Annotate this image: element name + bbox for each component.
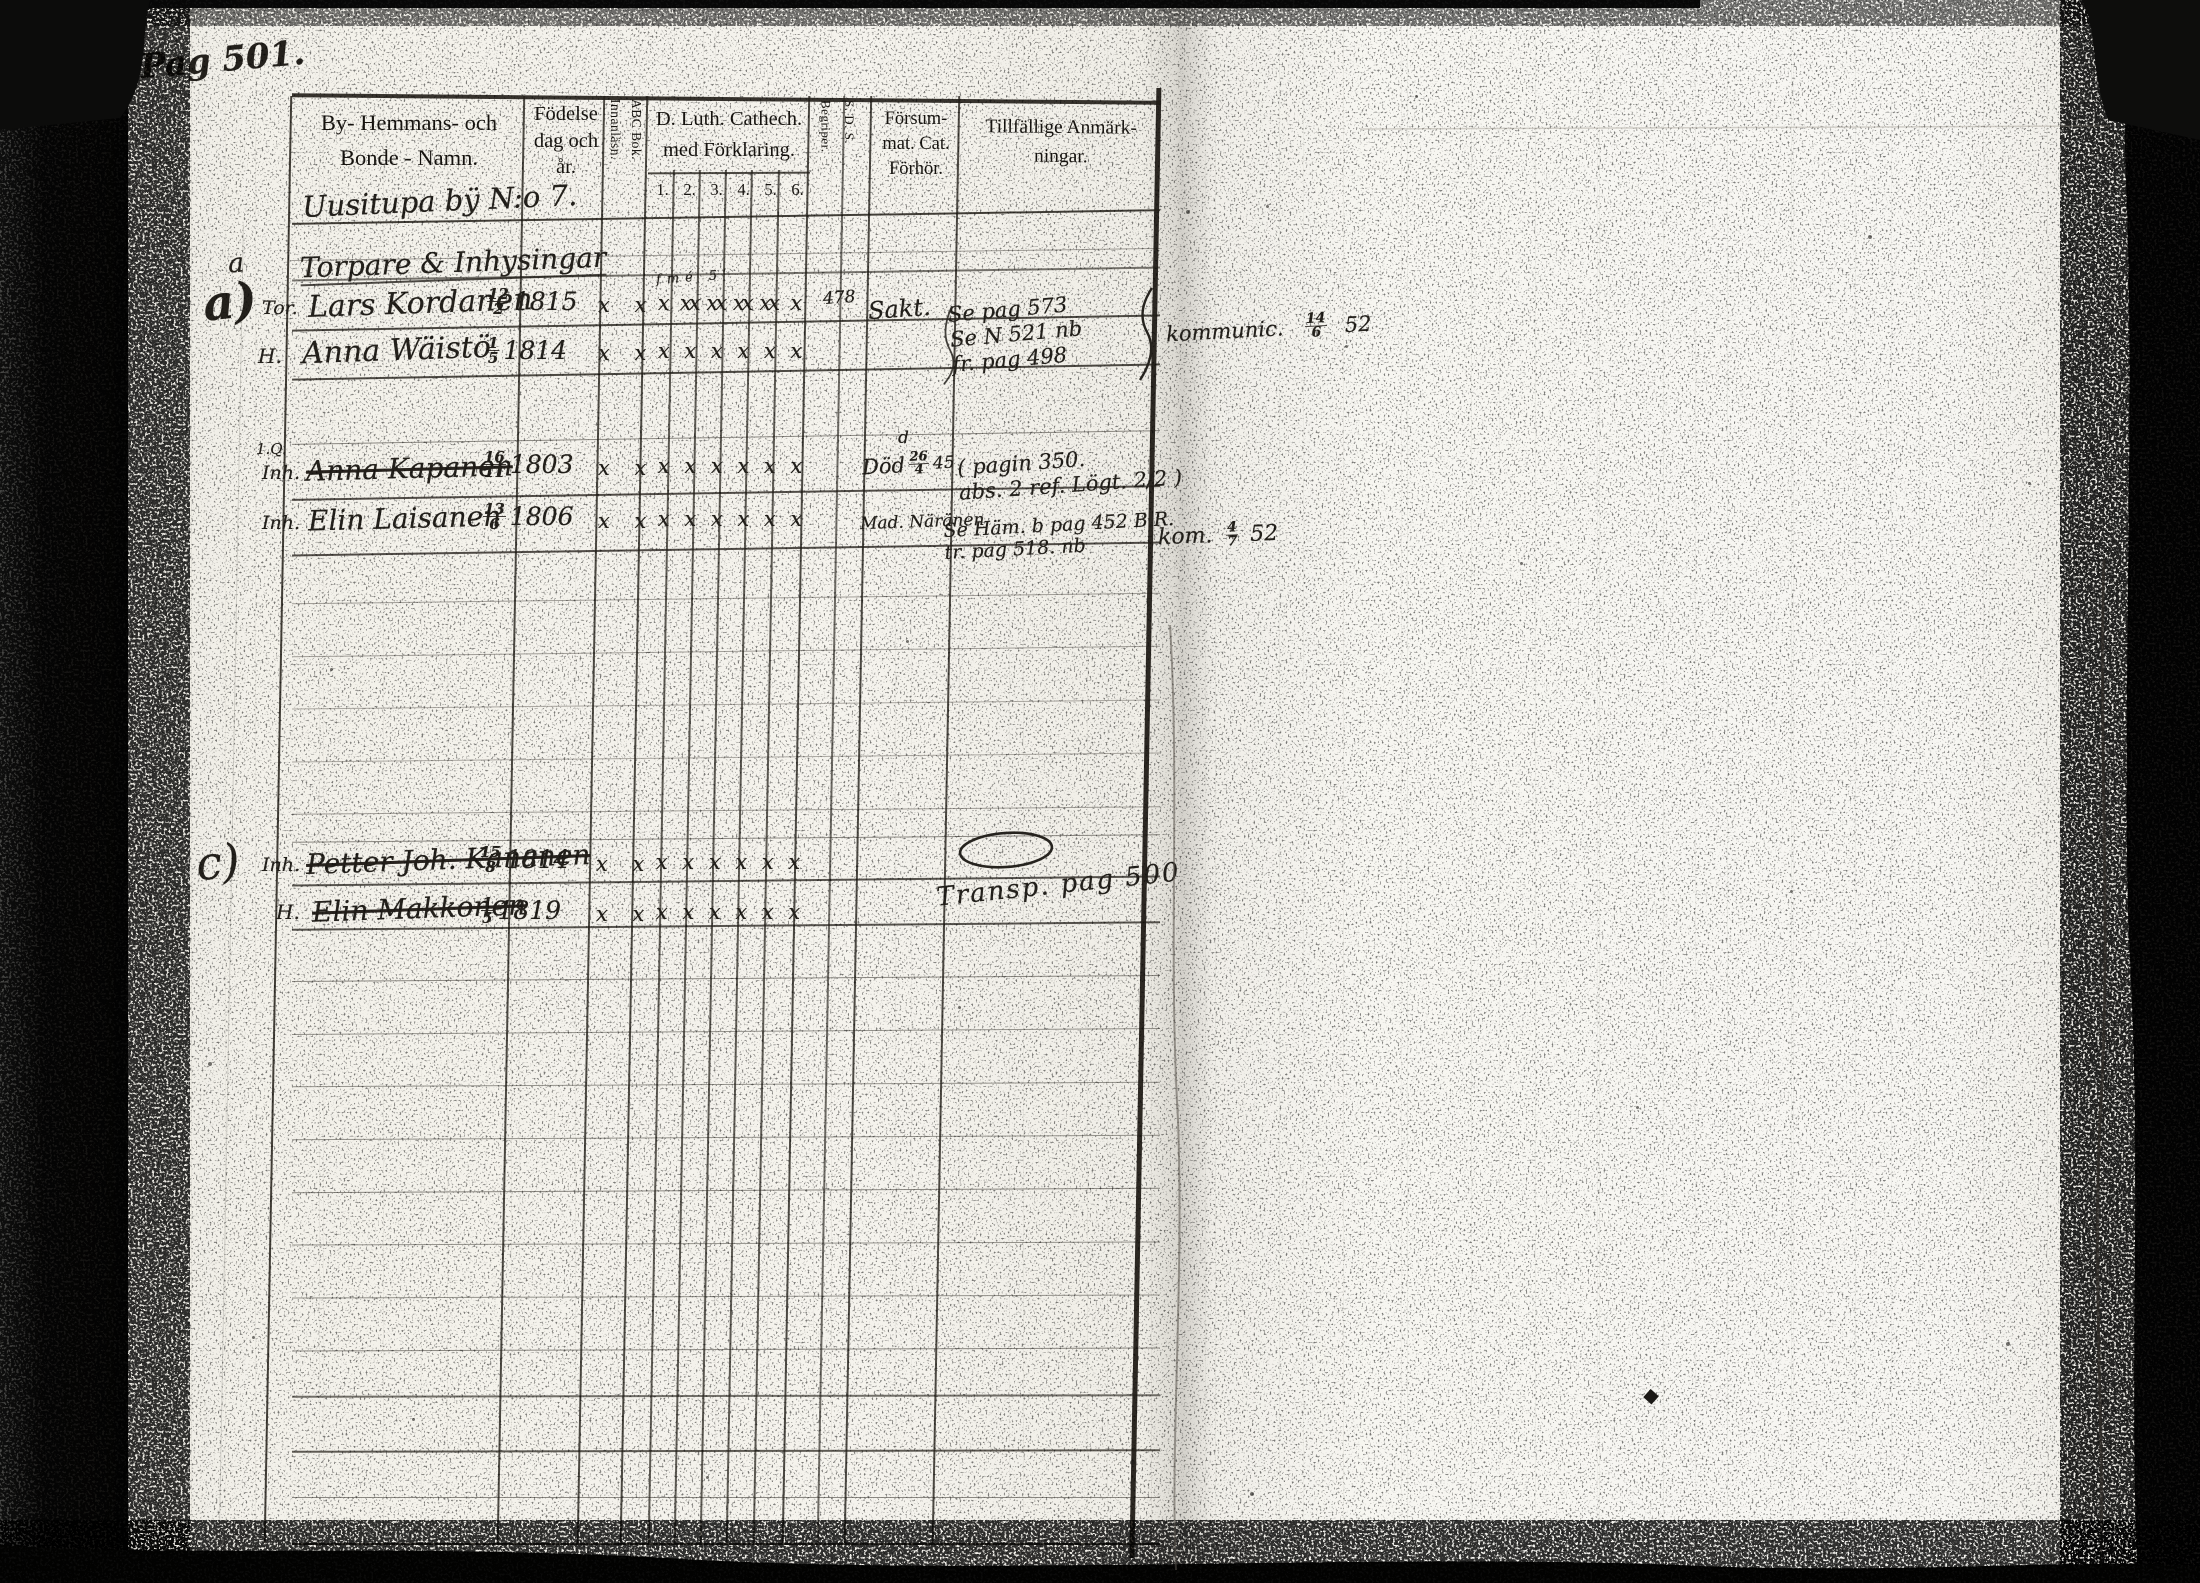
row5-birthdate: 158 1814 <box>479 845 570 875</box>
ink-speck <box>1868 235 1872 239</box>
row4-abc-marks: x x <box>598 509 655 533</box>
header-cat-line2: med Förklaring. <box>650 135 808 166</box>
cell-value: 3. <box>703 180 730 200</box>
margin-note-communion-2: kom. 47 52 <box>1158 520 1279 552</box>
header-birth-line2: dag och <box>528 128 604 155</box>
birth-month: 5 <box>487 351 499 365</box>
header-sds-line1: S. D. S. <box>837 100 860 220</box>
row5-name-prefix: Inh. <box>262 854 300 876</box>
table-rule-horizontal <box>292 593 1160 605</box>
birth-month: 8 <box>479 860 502 874</box>
row4-birthdate: 136 1806 <box>483 502 574 532</box>
header-fors-line2: mat. Cat. <box>874 132 958 157</box>
cell-value: x <box>649 339 676 363</box>
cell-value: x <box>674 900 701 924</box>
cell-value: x <box>753 850 780 874</box>
cell-value: x <box>727 900 754 924</box>
table-rule-horizontal <box>292 1347 1160 1351</box>
cell-value: x <box>647 900 674 924</box>
note-month: 7 <box>1226 536 1238 550</box>
cell-value: 1. <box>649 180 676 200</box>
cell-value: x <box>755 339 782 363</box>
table-rule-horizontal <box>292 646 1160 658</box>
row6-name-prefix: H. <box>276 900 300 924</box>
table-rule-horizontal <box>292 1188 1160 1194</box>
ink-speck <box>906 640 909 643</box>
row1-sds-value: 478 <box>822 287 856 309</box>
scanned-church-record-page: Pag 501. By- Hemmans- och Bonde - Namn. … <box>0 0 2200 1583</box>
row3-catechism-marks: xxxxxx <box>649 454 808 478</box>
cell-value: x <box>674 850 701 874</box>
row2-name: Anna Wäistö <box>301 330 491 372</box>
table-rule-horizontal <box>292 1449 1160 1452</box>
table-rule-horizontal <box>292 1497 1160 1498</box>
birth-month: 2 <box>487 302 510 316</box>
cell-value: x <box>676 454 703 478</box>
cell-value: x <box>676 339 703 363</box>
cell-value: x <box>753 900 780 924</box>
birth-year: 1819 <box>497 896 561 925</box>
row6-abc-marks: x x <box>596 902 653 926</box>
header-name-column: By- Hemmans- och Bonde - Namn. <box>300 106 518 176</box>
row2-birthdate: 15 1814 <box>487 336 567 366</box>
row6-birthdate: 15 1819 <box>481 896 561 926</box>
row6-catechism-marks: xxxxxx <box>647 900 806 924</box>
birth-year: 1814 <box>506 845 570 874</box>
cell-value: x <box>700 900 727 924</box>
cell-value: x <box>782 454 809 478</box>
cell-value: x <box>649 507 676 531</box>
birth-month: 5 <box>481 911 493 925</box>
cell-value: x <box>729 339 756 363</box>
row3-missed-note: Död 264 45 <box>861 450 955 481</box>
row3-missed-superscript: d <box>898 428 909 448</box>
table-rule-horizontal <box>292 699 1160 709</box>
cell-value: xx <box>755 291 782 315</box>
row2-name-prefix: H. <box>258 344 282 368</box>
ink-speck <box>1415 95 1418 98</box>
header-catechism-column: D. Luth. Cathech. med Förklaring. <box>650 104 808 166</box>
header-abc-column: ABC Bok. Innanläsn. <box>604 99 646 219</box>
row5-margin-letter: c) <box>193 833 242 891</box>
table-rule-horizontal <box>292 1135 1160 1141</box>
row1-birthdate: 122 1815 <box>487 287 578 317</box>
table-rule-horizontal <box>292 752 1160 762</box>
header-birth-column: Födelse dag och år. <box>528 101 604 181</box>
cell-value: x <box>727 850 754 874</box>
header-cat-line1: D. Luth. Cathech. <box>650 104 808 135</box>
cell-value: x <box>729 507 756 531</box>
row3-name: Anna Kapanen <box>306 449 514 487</box>
table-rule-horizontal <box>292 1294 1160 1298</box>
row1-abc-marks: x x <box>598 293 655 317</box>
row3-abc-marks: x x <box>598 456 655 480</box>
ink-speck <box>330 668 333 671</box>
header-remarks-line1: Tillfällige Anmärk- <box>966 112 1156 143</box>
table-rule-horizontal <box>292 430 1160 445</box>
row3-above-note: 1.Q. <box>256 440 287 458</box>
header-abc-line1: ABC Bok. <box>625 99 646 219</box>
row1-margin-letter: a) <box>200 271 259 332</box>
row5-catechism-marks: xxxxxx <box>647 850 806 874</box>
ink-speck <box>706 1476 709 1479</box>
note-year: 52 <box>1344 311 1372 336</box>
row1-name-prefix: Tor. <box>262 297 298 319</box>
row3-name-prefix: Inh. <box>262 462 300 484</box>
ink-speck <box>412 1418 415 1421</box>
birth-month: 6 <box>483 517 506 531</box>
note-year: 52 <box>1250 521 1279 547</box>
missed-year: 45 <box>932 452 955 473</box>
cell-value: x <box>649 291 676 315</box>
note-month: 6 <box>1305 326 1327 340</box>
row1-catechism-marks: xxxxxxxxxx <box>649 291 808 315</box>
table-rule-horizontal <box>648 172 810 175</box>
cell-value: 5. <box>757 180 784 200</box>
ink-speck <box>208 1062 212 1066</box>
ink-speck <box>2006 1342 2010 1346</box>
cell-value: x <box>647 850 674 874</box>
table-rule-horizontal <box>292 1394 1160 1397</box>
ink-speck <box>1186 210 1190 214</box>
cell-value: x <box>782 339 809 363</box>
ink-speck <box>252 1336 255 1339</box>
cell-value: 6. <box>784 180 811 200</box>
row5-abc-marks: x x <box>596 852 653 876</box>
ink-speck <box>1520 562 1523 565</box>
missed-month: 4 <box>909 464 930 477</box>
cell-value: x <box>702 507 729 531</box>
header-birth-line3: år. <box>528 154 604 181</box>
cell-value: x <box>649 454 676 478</box>
table-rule-horizontal <box>292 1543 1160 1545</box>
header-abc-line2: Innanläsn. <box>604 99 625 219</box>
cell-value: x <box>702 339 729 363</box>
note-label: kommunic. <box>1166 316 1285 346</box>
cell-value: x <box>782 507 809 531</box>
header-sds-line2: Begriper. <box>814 100 837 220</box>
ink-speck <box>1130 1460 1135 1465</box>
birth-month: 11 <box>483 465 506 479</box>
table-rule-horizontal <box>292 1082 1160 1088</box>
ink-speck <box>1790 890 1793 893</box>
table-rule-horizontal <box>292 834 1160 843</box>
row3-birthdate: 1611 1803 <box>483 450 574 480</box>
cell-value: x <box>729 454 756 478</box>
ink-speck <box>1345 345 1348 348</box>
cell-value: 2. <box>676 180 703 200</box>
header-remarks-line2: ningar. <box>966 141 1156 172</box>
cell-value: x <box>700 850 727 874</box>
cell-value: x <box>782 291 809 315</box>
cell-value: x <box>702 454 729 478</box>
header-name-line2: Bonde - Namn. <box>300 141 518 176</box>
cell-value: x <box>676 507 703 531</box>
header-fors-line3: Förhör. <box>874 157 958 182</box>
cell-value: x <box>780 900 807 924</box>
ink-speck <box>1636 1106 1639 1109</box>
table-rule-horizontal <box>292 93 1160 104</box>
cell-value: xx <box>676 291 703 315</box>
ink-speck <box>1266 205 1269 208</box>
header-remarks-column: Tillfällige Anmärk- ningar. <box>966 112 1157 172</box>
cell-value: xx <box>729 291 756 315</box>
cell-value: xx <box>702 291 729 315</box>
birth-year: 1803 <box>510 450 574 479</box>
birth-year: 1815 <box>514 287 578 316</box>
birth-year: 1814 <box>503 336 567 365</box>
row4-name-prefix: Inh. <box>262 512 300 534</box>
note-label: kom. <box>1158 524 1213 551</box>
row2-catechism-marks: xxxxxx <box>649 339 808 363</box>
ink-speck <box>2028 482 2031 485</box>
cell-value: x <box>780 850 807 874</box>
row4-name: Elin Laisanen <box>308 499 502 537</box>
ink-speck <box>1250 1492 1254 1496</box>
table-rule-horizontal <box>292 1028 1160 1035</box>
table-rule-horizontal <box>292 1241 1160 1245</box>
header-catechism-subcolumns: 1.2.3.4.5.6. <box>649 180 811 200</box>
cell-value: x <box>755 454 782 478</box>
header-birth-line1: Födelse <box>528 101 604 128</box>
table-rule-horizontal <box>292 806 1160 815</box>
row2-abc-marks: x x <box>598 341 655 365</box>
row4-catechism-marks: xxxxxx <box>649 507 808 531</box>
cell-value: x <box>755 507 782 531</box>
remark-block-1: Se pag 573Se N 521 nbfr. pag 498 <box>947 291 1085 377</box>
ink-speck <box>958 1006 961 1009</box>
row1-missed-note: Sakt. <box>867 293 931 325</box>
missed-word: Död <box>861 453 905 479</box>
header-sds-column: S. D. S. Begriper. <box>814 100 861 220</box>
cell-value: 4. <box>730 180 757 200</box>
birth-year: 1806 <box>510 502 574 531</box>
header-missed-column: Försum- mat. Cat. Förhör. <box>874 107 958 182</box>
header-fors-line1: Försum- <box>874 107 958 132</box>
table-rule-horizontal <box>292 975 1160 982</box>
header-name-line1: By- Hemmans- och <box>300 106 518 141</box>
ink-speck <box>556 1520 559 1523</box>
